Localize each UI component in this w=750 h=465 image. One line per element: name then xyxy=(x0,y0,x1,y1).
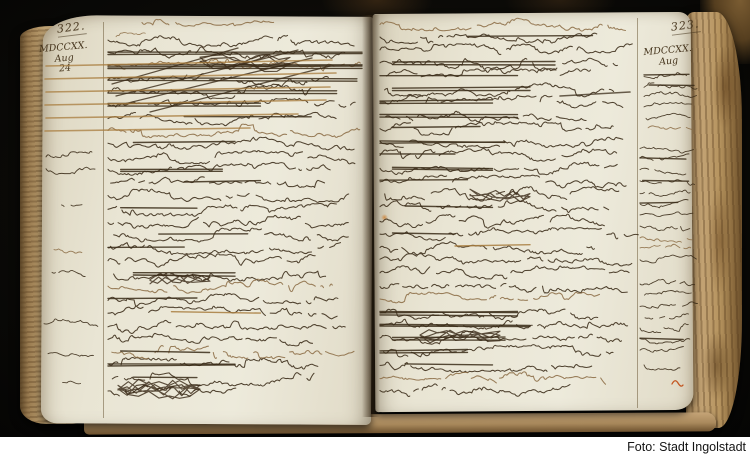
right-page-margin-rule xyxy=(637,18,638,408)
photo-credit: Foto: Stadt Ingolstadt xyxy=(627,440,746,454)
right-margin-date: MDCCXX. Aug xyxy=(643,44,693,69)
left-page xyxy=(41,15,373,425)
archival-photo-figure: 322. 323. MDCCXX. Aug 24 MDCCXX. Aug Fot… xyxy=(0,0,750,465)
book-gutter xyxy=(362,15,380,417)
caption-bar: Foto: Stadt Ingolstadt xyxy=(0,437,750,465)
foxing-stain xyxy=(381,214,388,221)
right-page xyxy=(373,12,694,412)
manuscript-photo: 322. 323. MDCCXX. Aug 24 MDCCXX. Aug xyxy=(0,0,750,437)
book-fore-edge-right xyxy=(686,12,742,428)
left-margin-date: MDCCXX. Aug 24 xyxy=(39,41,90,77)
left-page-margin-rule xyxy=(103,22,104,418)
